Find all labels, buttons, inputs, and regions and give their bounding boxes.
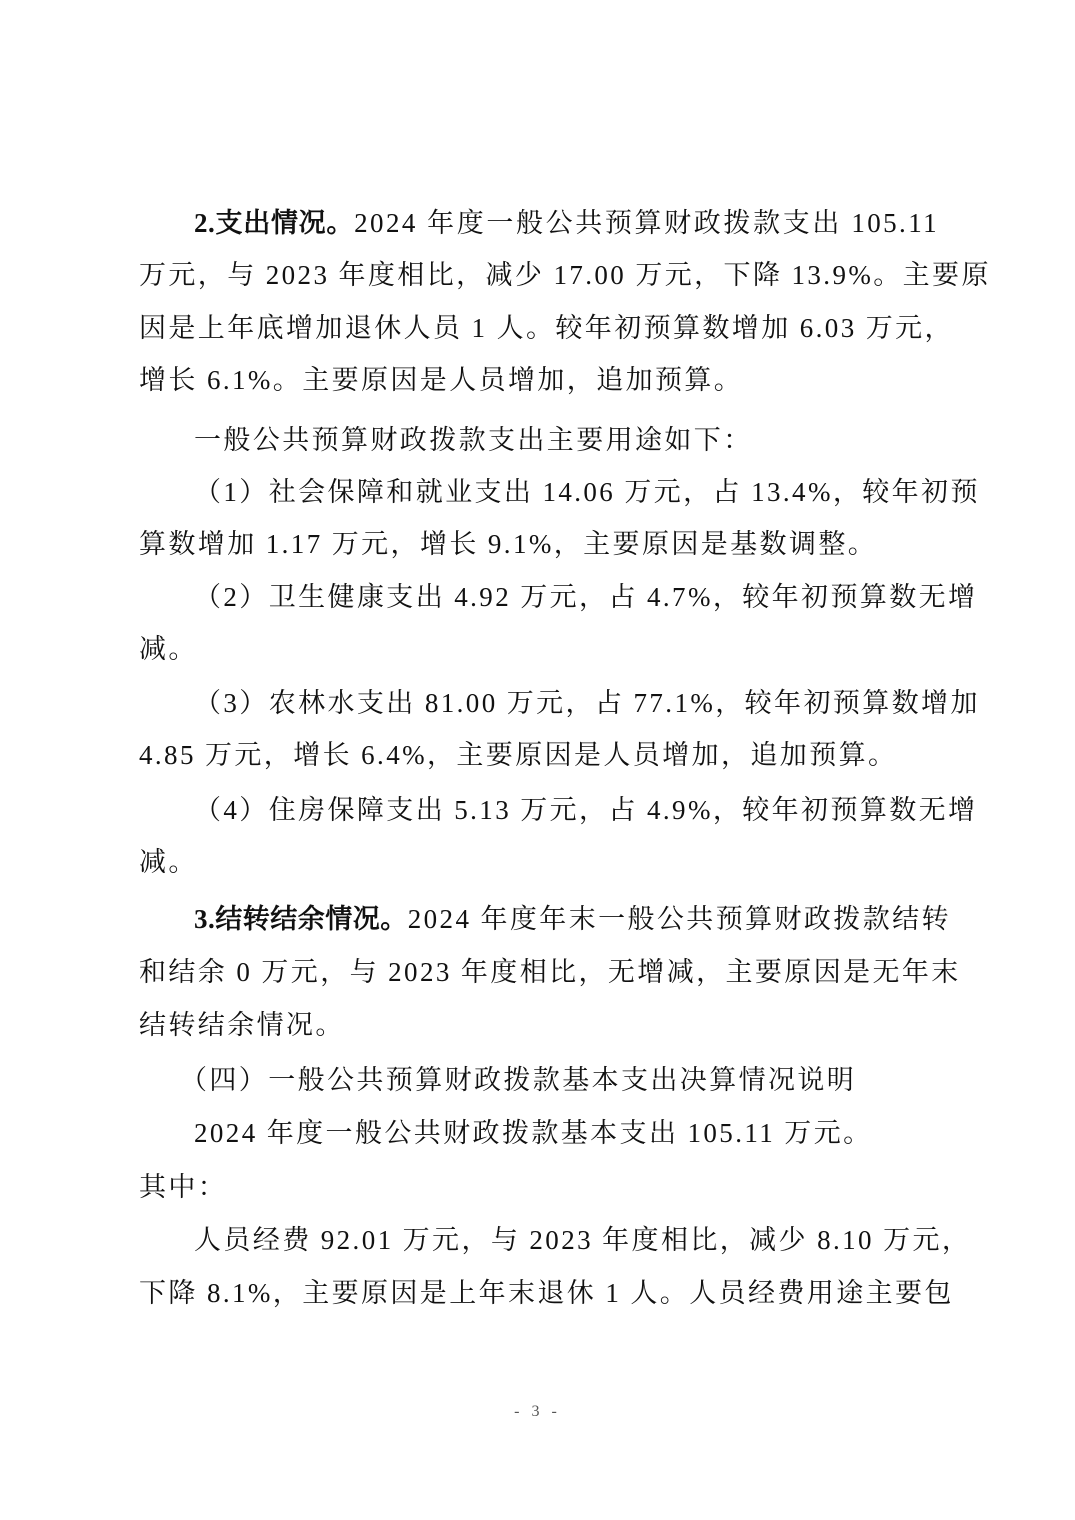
paragraph-line: 万元，与 2023 年度相比，减少 17.00 万元，下降 13.9%。主要原 — [139, 258, 939, 292]
paragraph-line: 一般公共预算财政拨款支出主要用途如下： — [194, 423, 939, 457]
paragraph-line: 其中： — [139, 1170, 939, 1204]
paragraph-line: 增长 6.1%。主要原因是人员增加，追加预算。 — [139, 363, 939, 397]
list-item-line: （4）住房保障支出 5.13 万元，占 4.9%，较年初预算数无增 — [194, 793, 939, 827]
list-item-line: （2）卫生健康支出 4.92 万元，占 4.7%，较年初预算数无增 — [194, 580, 939, 614]
list-item-line: （3）农林水支出 81.00 万元，占 77.1%，较年初预算数增加 — [194, 686, 939, 720]
list-item-line: 减。 — [139, 845, 939, 879]
paragraph-line: 结转结余情况。 — [139, 1008, 939, 1042]
list-item-line: 算数增加 1.17 万元，增长 9.1%，主要原因是基数调整。 — [139, 527, 939, 561]
section-heading: 3.结转结余情况。 — [194, 904, 408, 934]
paragraph-line: 3.结转结余情况。2024 年度年末一般公共预算财政拨款结转 — [194, 902, 939, 936]
document-page: 2.支出情况。2024 年度一般公共预算财政拨款支出 105.11 万元，与 2… — [0, 0, 1075, 1520]
paragraph-line: 人员经费 92.01 万元，与 2023 年度相比，减少 8.10 万元， — [194, 1223, 939, 1257]
page-number: - 3 - — [0, 1403, 1075, 1421]
paragraph-line: 和结余 0 万元，与 2023 年度相比，无增减，主要原因是无年末 — [139, 955, 939, 989]
list-item-line: （1）社会保障和就业支出 14.06 万元，占 13.4%，较年初预 — [194, 475, 939, 509]
paragraph-line: 因是上年底增加退休人员 1 人。较年初预算数增加 6.03 万元， — [139, 311, 939, 345]
section-heading: 2.支出情况。 — [194, 208, 354, 238]
paragraph-line: 2.支出情况。2024 年度一般公共预算财政拨款支出 105.11 — [194, 206, 939, 240]
paragraph-line: 2024 年度一般公共财政拨款基本支出 105.11 万元。 — [194, 1116, 939, 1150]
list-item-line: 减。 — [139, 632, 939, 666]
subsection-heading: （四）一般公共预算财政拨款基本支出决算情况说明 — [180, 1063, 980, 1097]
list-item-line: 4.85 万元，增长 6.4%，主要原因是人员增加，追加预算。 — [139, 738, 939, 772]
paragraph-line: 下降 8.1%，主要原因是上年末退休 1 人。人员经费用途主要包 — [139, 1276, 939, 1310]
